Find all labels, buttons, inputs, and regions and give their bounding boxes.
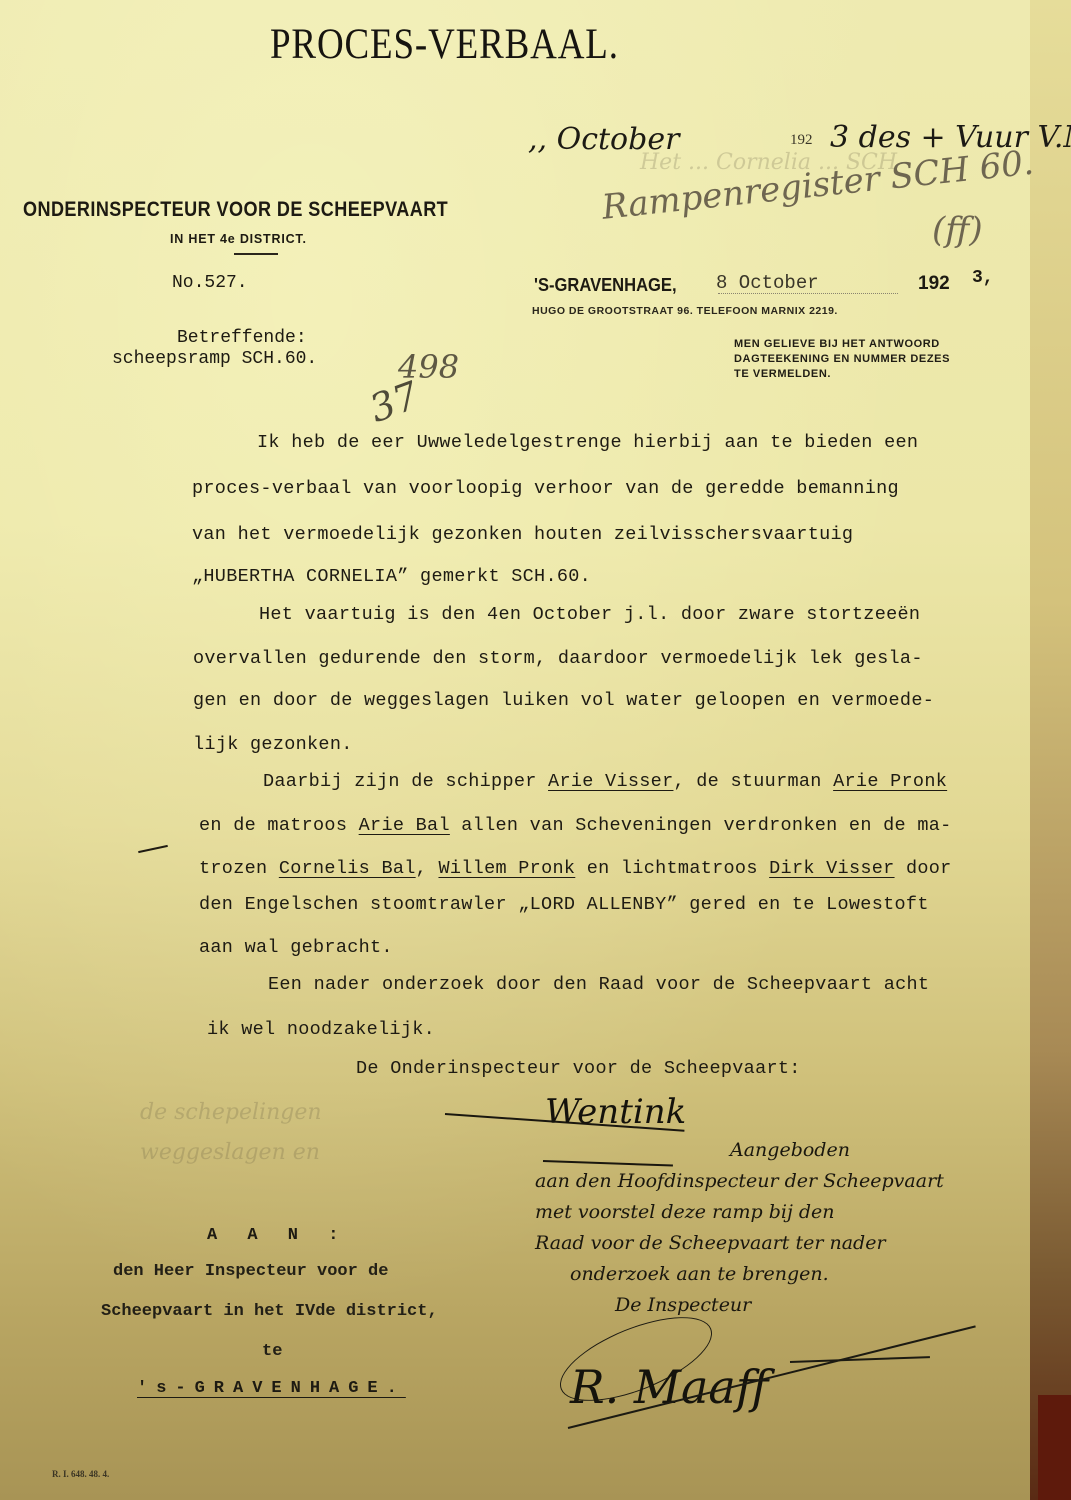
body-line: gen en door de weggeslagen luiken vol wa… <box>193 690 934 711</box>
body-line: Een nader onderzoek door den Raad voor d… <box>268 974 929 995</box>
signature-onderinspecteur: Wentink <box>545 1092 686 1132</box>
body-line: Het vaartuig is den 4en October j.l. doo… <box>259 604 920 625</box>
body-text-run: door <box>895 858 952 879</box>
bleed-through-text: weggeslagen en <box>140 1140 320 1165</box>
printed-year: 192 <box>918 273 950 295</box>
crew-name: Arie Bal <box>359 815 450 836</box>
subject-value: scheepsramp SCH.60. <box>112 349 317 369</box>
crew-name: Willem Pronk <box>438 858 575 879</box>
body-text-run: , <box>416 858 439 879</box>
reference-number: No.527. <box>172 273 248 293</box>
body-text-run: en lichtmatroos <box>575 858 769 879</box>
body-text-run: trozen <box>199 858 279 879</box>
body-line: overvallen gedurende den storm, daardoor… <box>193 648 923 669</box>
reply-notice-line: MEN GELIEVE BIJ HET ANTWOORD <box>734 337 950 352</box>
typed-year: 3, <box>972 268 994 288</box>
endorsement-line: aan den Hoofdinspecteur der Scheepvaart <box>535 1166 944 1197</box>
place-label: 'S-GRAVENHAGE, <box>534 275 677 296</box>
endorsement-line: Raad voor de Scheepvaart ter nader <box>535 1228 944 1259</box>
body-line: lijk gezonken. <box>193 734 353 755</box>
printed-year-prefix: 192 <box>790 132 813 149</box>
body-line: Ik heb de eer Uwweledelgestrenge hierbij… <box>257 432 918 453</box>
body-text-run: allen van Scheveningen verdronken en de … <box>450 815 952 836</box>
page-edge-shadow <box>1030 0 1071 1500</box>
body-line: den Engelschen stoomtrawler „LORD ALLENB… <box>199 894 929 915</box>
addressee-label: A A N : <box>207 1226 348 1245</box>
endorsement-signoff: De Inspecteur <box>535 1290 944 1321</box>
body-line: en de matroos Arie Bal allen van Scheven… <box>199 815 952 836</box>
addressee-line: den Heer Inspecteur voor de <box>113 1262 388 1281</box>
reply-notice: MEN GELIEVE BIJ HET ANTWOORD DAGTEEKENIN… <box>734 337 950 382</box>
crew-name: Arie Pronk <box>833 771 947 792</box>
addressee-line: te <box>262 1342 282 1361</box>
form-code: R. I. 648. 48. 4. <box>52 1469 109 1479</box>
addressee-line: Scheepvaart in het IVde district, <box>101 1302 438 1321</box>
reply-notice-line: DAGTEEKENING EN NUMMER DEZES <box>734 352 950 367</box>
body-text-run: en de matroos <box>199 815 359 836</box>
organization-name: ONDERINSPECTEUR VOOR DE SCHEEPVAART <box>23 198 448 222</box>
body-line: ik wel noodzakelijk. <box>207 1019 435 1040</box>
body-line: van het vermoedelijk gezonken houten zei… <box>192 524 853 545</box>
endorsement-line: met voorstel deze ramp bij den <box>535 1197 944 1228</box>
addressee-city: 's-GRAVENHAGE. <box>137 1379 406 1398</box>
body-text-run: Daarbij zijn de schipper <box>263 771 548 792</box>
closing-line: De Onderinspecteur voor de Scheepvaart: <box>356 1058 801 1079</box>
handwritten-endorsement: Aangeboden aan den Hoofdinspecteur der S… <box>535 1135 944 1321</box>
reply-notice-line: TE VERMELDEN. <box>734 367 950 382</box>
handwritten-date: ,, October <box>528 122 679 157</box>
document-title: PROCES-VERBAAL. <box>270 20 619 69</box>
letterhead-address: HUGO DE GROOTSTRAAT 96. TELEFOON MARNIX … <box>532 305 838 317</box>
subject-label: Betreffende: <box>177 328 307 348</box>
date-dotted-line <box>718 293 898 294</box>
body-line: Daarbij zijn de schipper Arie Visser, de… <box>263 771 947 792</box>
handwritten-year: 3 des + Vuur V.M. <box>830 120 1071 155</box>
bleed-through-text: de schepelingen <box>140 1100 322 1125</box>
body-line: aan wal gebracht. <box>199 937 393 958</box>
crew-name: Arie Visser <box>548 771 673 792</box>
body-line: trozen Cornelis Bal, Willem Pronk en lic… <box>199 858 952 879</box>
crew-name: Cornelis Bal <box>279 858 416 879</box>
crew-name: Dirk Visser <box>769 858 894 879</box>
signature-inspecteur: R. Maaff <box>570 1360 768 1414</box>
typed-date: 8 October <box>716 272 819 294</box>
body-text-run: , de stuurman <box>673 771 833 792</box>
organization-district: IN HET 4e DISTRICT. <box>170 232 307 246</box>
district-rule <box>234 253 278 255</box>
background-surface <box>1038 1395 1071 1500</box>
endorsement-line: onderzoek aan te brengen. <box>535 1259 944 1290</box>
body-line: proces-verbaal van voorloopig verhoor va… <box>192 478 899 499</box>
pencil-folio-note: (ff) <box>932 210 983 250</box>
endorsement-line: Aangeboden <box>535 1135 944 1166</box>
body-line: „HUBERTHA CORNELIA” gemerkt SCH.60. <box>192 566 591 587</box>
